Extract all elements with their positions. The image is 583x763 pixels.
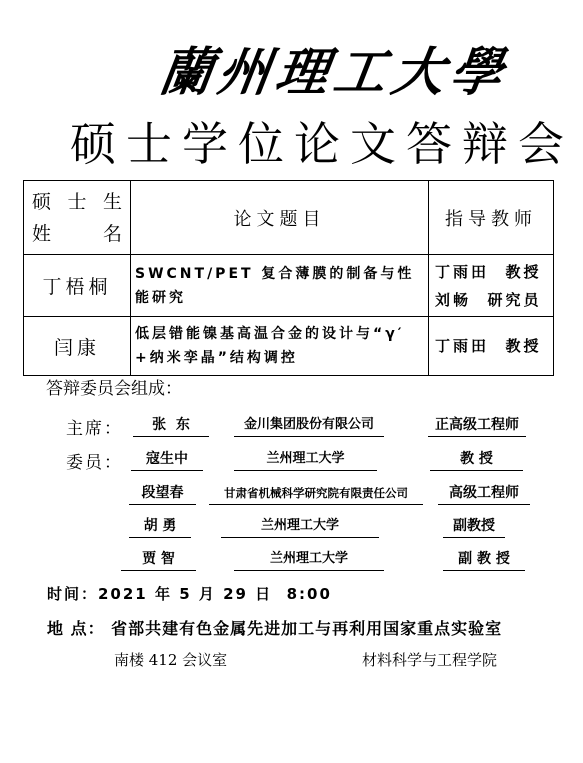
committee-member-row: 段望春 甘肃省机械科学研究院有限责任公司 高级工程师 — [0, 482, 583, 506]
header-char: 姓 — [32, 218, 51, 250]
member-name: 寇生中 — [131, 448, 203, 471]
member-title: 高级工程师 — [438, 482, 530, 505]
table-row: 丁梧桐 SWCNT/PET 复合薄膜的制备与性能研究 丁雨田 教授 刘畅 研究员 — [24, 255, 554, 317]
committee-member-row: 委员： 寇生中 兰州理工大学 教 授 — [0, 448, 583, 472]
member-title: 副 教 授 — [443, 548, 525, 571]
member-label: 委员： — [66, 448, 123, 473]
university-logo-calligraphy: 蘭州理工大學 — [155, 38, 435, 108]
defense-room: 南楼 412 会议室 — [114, 649, 227, 670]
header-advisor: 指导教师 — [429, 181, 554, 255]
member-name: 胡 勇 — [129, 515, 191, 538]
committee-chair-row: 主席： 张 东 金川集团股份有限公司 正高级工程师 — [0, 414, 583, 438]
chair-label: 主席： — [66, 414, 123, 439]
committee-member-row: 贾 智 兰州理工大学 副 教 授 — [0, 548, 583, 572]
member-title: 教 授 — [430, 448, 523, 471]
defense-time: 时间：2021 年 5 月 29 日 8:00 — [47, 583, 332, 604]
header-char: 硕 — [32, 186, 51, 218]
defense-place: 地 点： 省部共建有色金属先进加工与再利用国家重点实验室 — [47, 616, 502, 639]
member-org: 兰州理工大学 — [234, 548, 384, 571]
advisor-cell: 丁雨田 教授 刘畅 研究员 — [429, 255, 554, 317]
header-char: 名 — [103, 218, 122, 250]
member-title: 副教授 — [443, 515, 505, 538]
member-org: 甘肃省机械科学研究院有限责任公司 — [209, 482, 423, 505]
document-title: 硕士学位论文答辩会 — [70, 116, 574, 172]
chair-name: 张 东 — [133, 414, 209, 437]
defense-schedule-table: 硕 士 生 姓 名 论文题目 指导教师 丁梧桐 SWCNT/PET 复合薄膜的制… — [23, 180, 554, 376]
defense-school: 材料科学与工程学院 — [362, 649, 497, 670]
committee-member-row: 胡 勇 兰州理工大学 副教授 — [0, 515, 583, 539]
table-row: 闫康 低层错能镍基高温合金的设计与“γ′+纳米孪晶”结构调控 丁雨田 教授 — [24, 317, 554, 376]
chair-title: 正高级工程师 — [428, 414, 526, 437]
advisor-cell: 丁雨田 教授 — [429, 317, 554, 376]
advisor-name: 丁雨田 教授 — [435, 332, 547, 360]
header-student-name: 硕 士 生 姓 名 — [24, 181, 131, 255]
table-header-row: 硕 士 生 姓 名 论文题目 指导教师 — [24, 181, 554, 255]
member-org: 兰州理工大学 — [221, 515, 379, 538]
student-name: 丁梧桐 — [24, 255, 131, 317]
header-thesis-title: 论文题目 — [131, 181, 429, 255]
header-char: 生 — [103, 186, 122, 218]
advisor-name: 丁雨田 教授 — [435, 258, 547, 286]
committee-heading: 答辩委员会组成： — [46, 374, 182, 399]
thesis-title: SWCNT/PET 复合薄膜的制备与性能研究 — [131, 255, 429, 317]
member-name: 段望春 — [129, 482, 196, 505]
student-name: 闫康 — [24, 317, 131, 376]
advisor-name: 刘畅 研究员 — [435, 286, 547, 314]
chair-org: 金川集团股份有限公司 — [234, 414, 384, 437]
member-org: 兰州理工大学 — [234, 448, 377, 471]
member-name: 贾 智 — [121, 548, 196, 571]
header-char: 士 — [67, 186, 86, 218]
thesis-title: 低层错能镍基高温合金的设计与“γ′+纳米孪晶”结构调控 — [131, 317, 429, 376]
